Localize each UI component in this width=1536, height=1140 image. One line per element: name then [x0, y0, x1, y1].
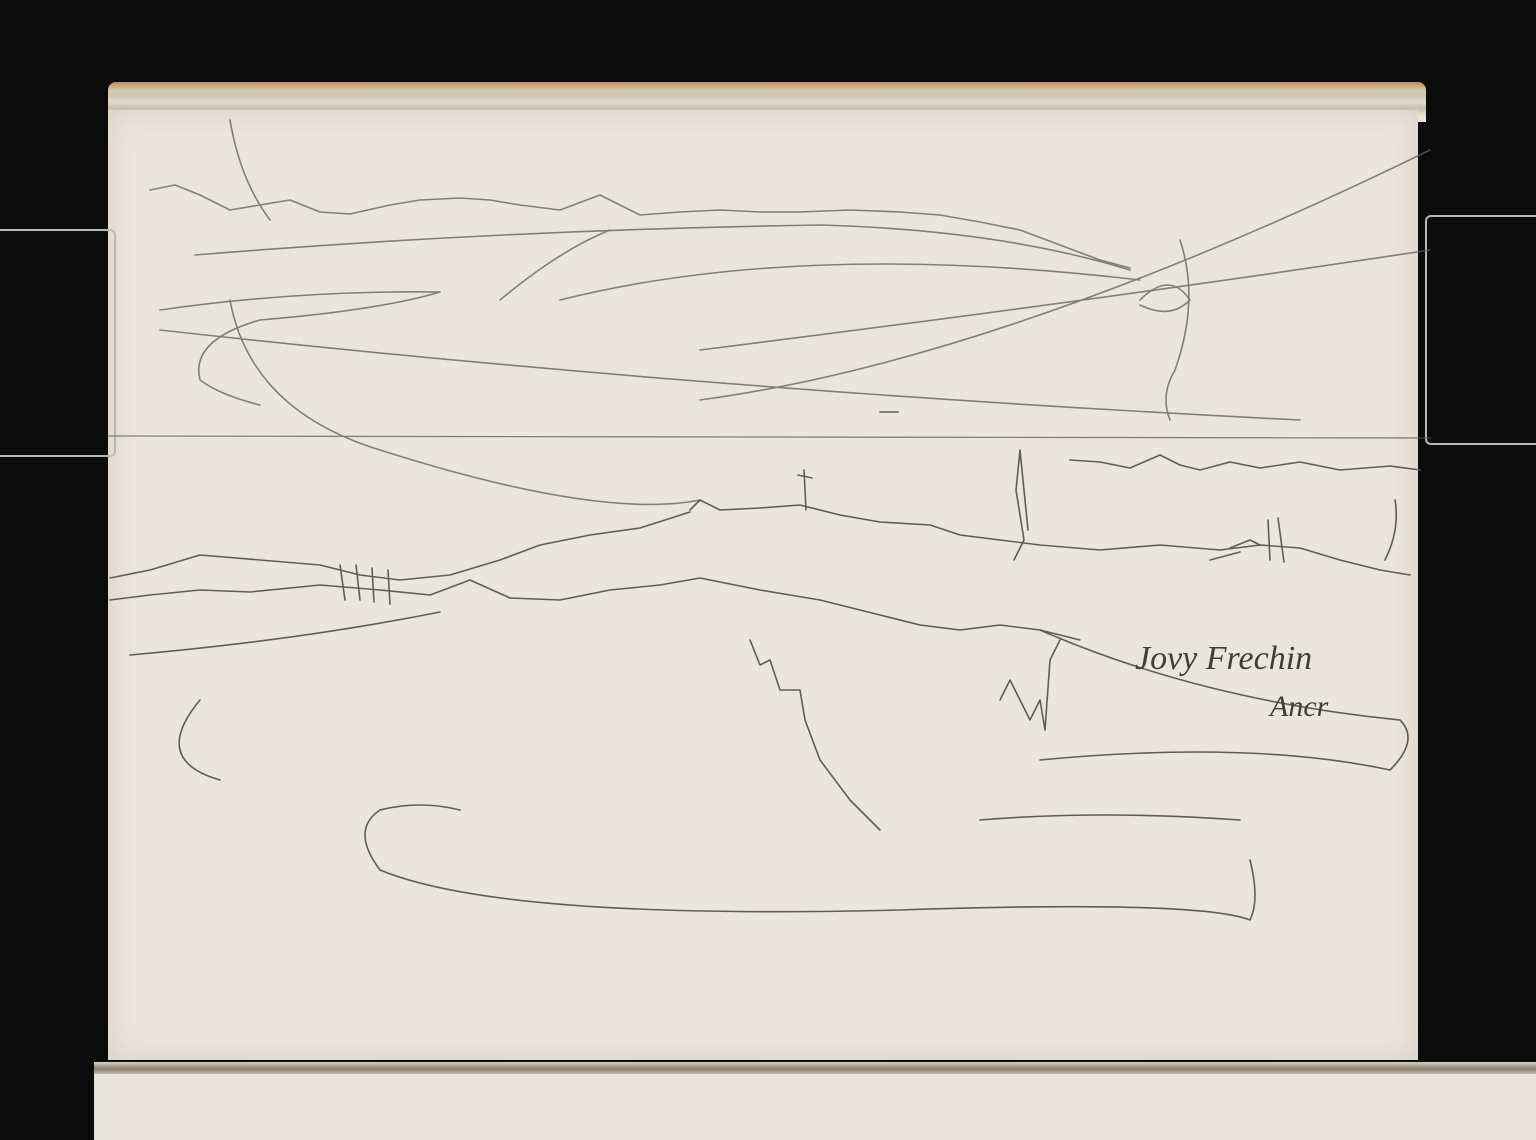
pencil-sketch — [0, 0, 1536, 1140]
sketchbook-photo: Jovy Frechin Ancr — [0, 0, 1536, 1140]
handwritten-note-line1: Jovy Frechin — [1135, 640, 1312, 678]
handwritten-note-line2: Ancr — [1270, 690, 1328, 724]
